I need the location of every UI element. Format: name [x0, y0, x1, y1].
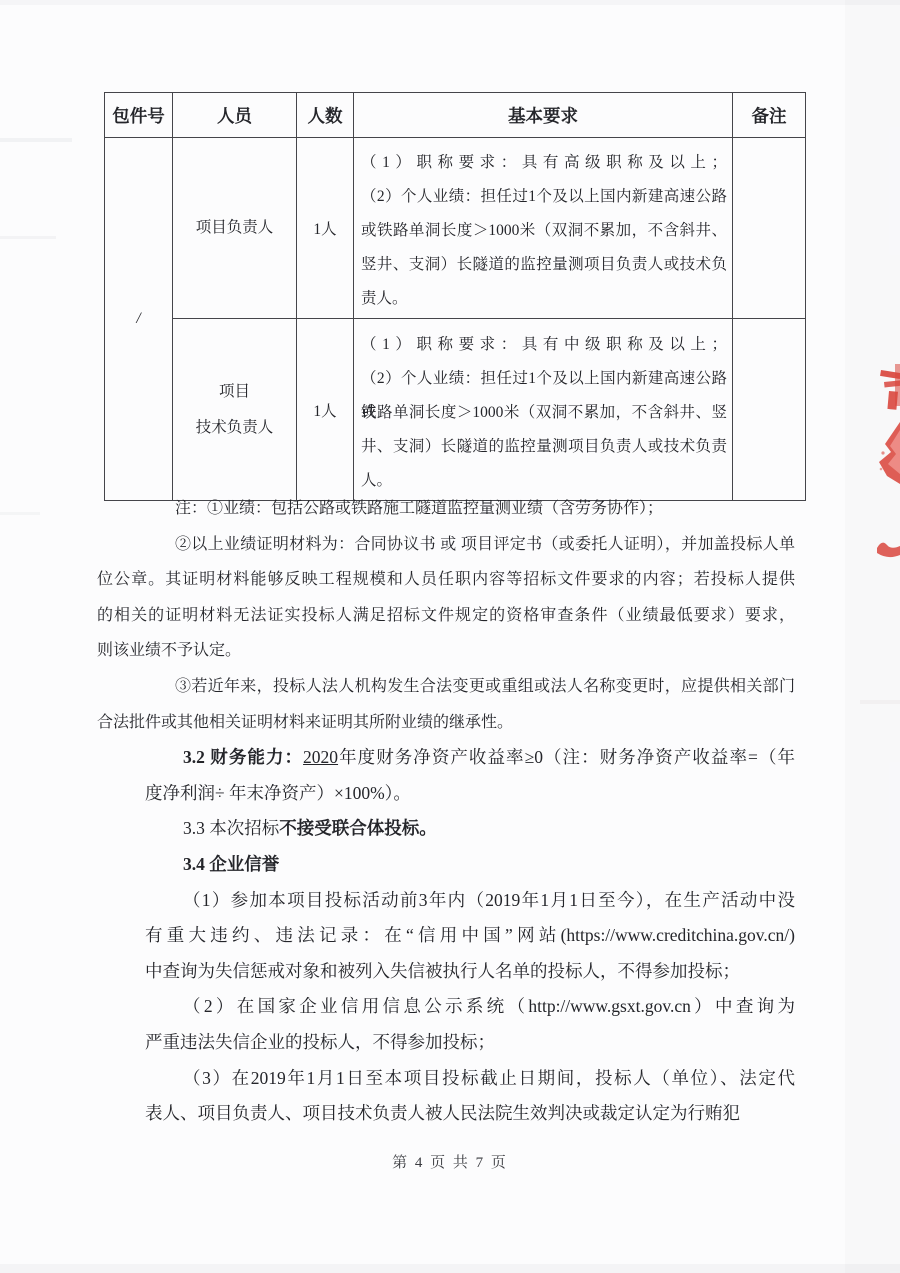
text-line: （1）职称要求：具有中级职称及以上；: [361, 328, 727, 362]
table-header-requirements: 基本要求: [354, 93, 733, 138]
text-line: 3.2 财务能力：2020年度财务净资产收益率≥0（注：财务净资产收益率=（年: [145, 740, 795, 776]
text-segment: 项目负责人: [196, 219, 274, 236]
text-segment: 2020: [303, 747, 338, 767]
remark-cell: [733, 319, 806, 501]
text-line: 3.4 企业信誉: [145, 847, 795, 883]
text-line: 严重违法失信企业的投标人，不得参加投标；: [145, 1025, 795, 1061]
text-segment: 年度财务净资产收益率≥0（注：财务净资产收益率=（年: [338, 747, 795, 767]
text-line: 铁路单洞长度＞1000米（双洞不累加，不含斜井、竖: [361, 396, 727, 430]
scan-artifact: [0, 512, 40, 515]
text-segment: 铁路单洞长度＞1000米（双洞不累加，不含斜井、竖: [361, 404, 727, 421]
text-segment: 位公章。其证明材料能够反映工程规模和人员任职内容等招标文件要求的内容；若投标人提…: [97, 571, 795, 588]
scan-artifact: [0, 1264, 900, 1273]
text-segment: 表人、项目负责人、项目技术负责人被人民法院生效判决或裁定认定为行贿犯: [145, 1103, 740, 1123]
table-header-person: 人员: [173, 93, 297, 138]
document-body-text: 注：①业绩：包括公路或铁路施工隧道监控量测业绩（含劳务协作）；②以上业绩证明材料…: [97, 491, 809, 1132]
text-line: （2）个人业绩：担任过1个及以上国内新建高速公路或: [361, 362, 727, 396]
paragraph: （2）在国家企业信用信息公示系统（http://www.gsxt.gov.cn）…: [145, 989, 795, 1060]
text-segment: 人。: [361, 472, 392, 489]
paragraph: （1）参加本项目投标活动前3年内（2019年1月1日至今），在生产活动中没有重大…: [145, 883, 795, 990]
text-line: 合法批件或其他相关证明材料来证明其所附业绩的继承性。: [97, 705, 795, 741]
paragraph: 注：①业绩：包括公路或铁路施工隧道监控量测业绩（含劳务协作）；: [97, 491, 795, 527]
text-line: 的相关的证明材料无法证实投标人满足招标文件规定的资格审查条件（业绩最低要求）要求…: [97, 598, 795, 634]
text-segment: 或铁路单洞长度＞1000米（双洞不累加，不含斜井、: [361, 222, 727, 239]
text-line: 技术负责人: [174, 410, 295, 446]
text-line: 井、支洞）长隧道的监控量测项目负责人或技术负责: [361, 430, 727, 464]
text-segment: 合法批件或其他相关证明材料来证明其所附业绩的继承性。: [97, 714, 513, 731]
table-row: / 项目负责人 1人 （1）职称要求：具有高级职称及以上；（2）个人业绩：担任过…: [105, 138, 806, 319]
scan-artifact: [0, 138, 72, 142]
text-segment: 严重违法失信企业的投标人，不得参加投标；: [145, 1032, 495, 1052]
scan-artifact: [0, 236, 56, 239]
text-segment: （2）在国家企业信用信息公示系统（http://www.gsxt.gov.cn）…: [183, 996, 795, 1016]
text-segment: （1）参加本项目投标活动前3年内（2019年1月1日至今），在生产活动中没: [183, 890, 795, 910]
paragraph: ②以上业绩证明材料为：合同协议书 或 项目评定书（或委托人证明），并加盖投标人单…: [97, 527, 795, 669]
text-segment: 项目: [219, 383, 250, 400]
personnel-requirements-table: 包件号 人员 人数 基本要求 备注 / 项目负责人 1人 （1）职称要求：具有高…: [104, 92, 806, 501]
text-segment: ③若近年来，投标人法人机构发生合法变更或重组或法人名称变更时，应提供相关部门的: [175, 678, 795, 705]
text-segment: 中查询为失信惩戒对象和被列入失信被执行人名单的投标人，不得参加投标；: [145, 961, 740, 981]
paragraph: （3）在2019年1月1日至本项目投标截止日期间，投标人（单位）、法定代表人、项…: [145, 1061, 795, 1132]
count-cell: 1人: [297, 138, 354, 319]
text-line: 3.3 本次招标不接受联合体投标。: [145, 811, 795, 847]
text-line: 竖井、支洞）长隧道的监控量测项目负责人或技术负: [361, 248, 727, 282]
text-line: （2）在国家企业信用信息公示系统（http://www.gsxt.gov.cn）…: [145, 989, 795, 1025]
text-segment: 技术负责人: [196, 419, 274, 436]
table-header-count: 人数: [297, 93, 354, 138]
text-line: ②以上业绩证明材料为：合同协议书 或 项目评定书（或委托人证明），并加盖投标人单: [97, 527, 795, 563]
scanned-document-page: 包件号 人员 人数 基本要求 备注 / 项目负责人 1人 （1）职称要求：具有高…: [0, 0, 900, 1273]
text-segment: （1）职称要求：具有中级职称及以上；: [361, 336, 727, 353]
table-header-remark: 备注: [733, 93, 806, 138]
text-line: 有重大违约、违法记录：在“信用中国”网站(https://www.creditc…: [145, 918, 795, 954]
text-line: （3）在2019年1月1日至本项目投标截止日期间，投标人（单位）、法定代: [145, 1061, 795, 1097]
text-line: 项目负责人: [174, 210, 295, 246]
text-segment: ②以上业绩证明材料为：合同协议书 或 项目评定书（或委托人证明），并加盖投标人单: [175, 536, 795, 553]
text-segment: 3.3 本次招标: [183, 818, 279, 838]
requirements-cell: （1）职称要求：具有高级职称及以上；（2）个人业绩：担任过1个及以上国内新建高速…: [354, 138, 733, 319]
text-line: ③若近年来，投标人法人机构发生合法变更或重组或法人名称变更时，应提供相关部门的: [97, 669, 795, 705]
text-segment: 责人。: [361, 290, 408, 307]
text-segment: 竖井、支洞）长隧道的监控量测项目负责人或技术负: [361, 256, 727, 273]
text-segment: 3.2 财务能力：: [183, 747, 303, 767]
text-segment: 则该业绩不予认定。: [97, 642, 241, 659]
text-segment: （2）个人业绩：担任过1个及以上国内新建高速公路: [361, 188, 727, 205]
person-cell: 项目负责人: [173, 138, 297, 319]
text-segment: 有重大违约、违法记录：在“信用中国”网站(https://www.creditc…: [145, 925, 795, 945]
text-segment: 的相关的证明材料无法证实投标人满足招标文件规定的资格审查条件（业绩最低要求）要求…: [97, 607, 795, 624]
table-row: 项目技术负责人 1人 （1）职称要求：具有中级职称及以上；（2）个人业绩：担任过…: [105, 319, 806, 501]
text-segment: 注：①业绩：包括公路或铁路施工隧道监控量测业绩（含劳务协作）；: [175, 500, 663, 517]
text-line: （2）个人业绩：担任过1个及以上国内新建高速公路: [361, 180, 727, 214]
paragraph: 3.4 企业信誉: [145, 847, 795, 883]
scan-artifact: [860, 700, 900, 704]
package-number-cell: /: [105, 138, 173, 501]
text-segment: 度净利润÷ 年末净资产）×100%）。: [145, 783, 411, 803]
text-line: 注：①业绩：包括公路或铁路施工隧道监控量测业绩（含劳务协作）；: [97, 491, 795, 527]
paragraph: 3.3 本次招标不接受联合体投标。: [145, 811, 795, 847]
requirements-cell: （1）职称要求：具有中级职称及以上；（2）个人业绩：担任过1个及以上国内新建高速…: [354, 319, 733, 501]
text-line: 则该业绩不予认定。: [97, 633, 795, 669]
count-cell: 1人: [297, 319, 354, 501]
paragraph: ③若近年来，投标人法人机构发生合法变更或重组或法人名称变更时，应提供相关部门的合…: [97, 669, 795, 740]
text-segment: 3.4 企业信誉: [183, 854, 279, 874]
text-segment: （1）职称要求：具有高级职称及以上；: [361, 154, 727, 171]
text-line: 中查询为失信惩戒对象和被列入失信被执行人名单的投标人，不得参加投标；: [145, 954, 795, 990]
scan-artifact: [845, 0, 900, 1273]
text-segment: 井、支洞）长隧道的监控量测项目负责人或技术负责: [361, 438, 727, 455]
text-line: （1）参加本项目投标活动前3年内（2019年1月1日至今），在生产活动中没: [145, 883, 795, 919]
text-segment: 不接受联合体投标。: [279, 818, 437, 838]
text-line: 度净利润÷ 年末净资产）×100%）。: [145, 776, 795, 812]
text-line: （1）职称要求：具有高级职称及以上；: [361, 146, 727, 180]
table-header-package: 包件号: [105, 93, 173, 138]
person-cell: 项目技术负责人: [173, 319, 297, 501]
text-segment: （3）在2019年1月1日至本项目投标截止日期间，投标人（单位）、法定代: [183, 1068, 795, 1088]
text-line: 责人。: [361, 282, 727, 316]
remark-cell: [733, 138, 806, 319]
scan-artifact: [0, 0, 900, 5]
page-number-footer: 第 4 页 共 7 页: [0, 1151, 900, 1172]
text-line: 表人、项目负责人、项目技术负责人被人民法院生效判决或裁定认定为行贿犯: [145, 1096, 795, 1132]
text-line: 或铁路单洞长度＞1000米（双洞不累加，不含斜井、: [361, 214, 727, 248]
red-stamp-icon: [872, 356, 900, 568]
text-line: 位公章。其证明材料能够反映工程规模和人员任职内容等招标文件要求的内容；若投标人提…: [97, 562, 795, 598]
text-line: 项目: [174, 374, 295, 410]
paragraph: 3.2 财务能力：2020年度财务净资产收益率≥0（注：财务净资产收益率=（年度…: [145, 740, 795, 811]
